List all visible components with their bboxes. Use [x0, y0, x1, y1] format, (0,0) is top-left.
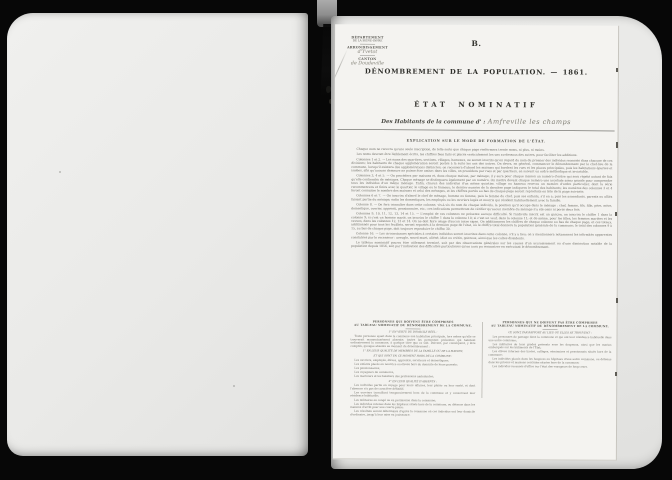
- instructions-heading: EXPLICATION SUR LE MODE DE FORMATION DE …: [335, 138, 618, 143]
- commune-line: Des Habitants de la commune d' : Amfrevi…: [335, 115, 618, 126]
- page-edge-mark: [616, 298, 618, 303]
- bottom-columns: PERSONNES QUI DOIVENT ÊTRE COMPRISES AU …: [350, 320, 612, 418]
- right-column-heading: AU TABLEAU NOMINATIF DU DÉNOMBREMENT DE …: [489, 325, 612, 329]
- left-blank-page: [7, 13, 308, 456]
- sheet-content: DÉPARTEMENT DE LA SEINE-INFRE ARRONDISSE…: [333, 24, 618, 459]
- left-column-item: Les individus retenus dans les hôpitaux …: [350, 403, 475, 410]
- excluded-persons-column: PERSONNES QUI NE DOIVENT PAS ÊTRE COMPRI…: [488, 321, 612, 419]
- instruction-paragraph: Colonnes 3, 4 et 5. — On procédera par m…: [351, 174, 612, 194]
- right-column-item: Les individus recensés d'office sur l'ét…: [488, 365, 611, 369]
- column-rule: [406, 329, 421, 330]
- right-column-item: Les individus placés dans les hospices o…: [488, 358, 611, 365]
- left-column-item: Les résultats seront déterminés d'après …: [350, 410, 475, 417]
- left-column-heading: AU TABLEAU NOMINATIF DU DÉNOMBREMENT DE …: [351, 324, 476, 328]
- right-column-item: Les militaires de tous grades présents s…: [488, 343, 611, 350]
- instruction-paragraph: Colonnes 6 et 7. — On inscrira d'abord l…: [351, 194, 612, 203]
- instruction-paragraph: Colonne 8. — On fera connaître dans cett…: [351, 203, 612, 212]
- left-column-item: Les individus partis en voyage pour leur…: [350, 384, 475, 391]
- left-column-item: Les mariniers et les bateliers des profe…: [350, 375, 475, 379]
- page-edge-mark: [616, 68, 618, 72]
- left-column-subheading: 1° EN VERTU DU DOMICILE RÉEL :: [351, 331, 476, 335]
- page-edge-mark: [616, 142, 618, 148]
- document-title: DÉNOMBREMENT DE LA POPULATION. — 1861.: [335, 67, 618, 76]
- left-column-intro: Toute personne ayant dans la commune son…: [350, 335, 475, 349]
- right-column-item: Les élèves internes des lycées, collèges…: [488, 350, 611, 357]
- separator-rule: [338, 129, 615, 131]
- page-edge-mark: [615, 372, 617, 376]
- commune-prefix: Des Habitants de la commune d' :: [381, 118, 485, 125]
- form-letter-label: B.: [335, 38, 618, 48]
- page-edge-mark: [615, 212, 617, 216]
- left-column-subheading: 1° EN LEUR QUALITÉ DE MEMBRES DE LA FAMI…: [350, 350, 475, 354]
- instruction-paragraph: Colonne 16. — Les circonstances spéciale…: [351, 232, 612, 241]
- right-column-subheading: CE SONT, PAR RAPPORT AU LIEU OÙ ELLES SE…: [489, 331, 612, 335]
- column-divider: [482, 322, 483, 398]
- document-subtitle: ÉTAT NOMINATIF: [335, 100, 618, 109]
- printed-sheet: DÉPARTEMENT DE LA SEINE-INFRE ARRONDISSE…: [333, 24, 619, 460]
- instruction-paragraph: Le tableau nominatif pourra être utileme…: [351, 241, 612, 250]
- instruction-paragraph: Chaque nom ne recevra qu'une seule inscr…: [351, 147, 612, 152]
- paper-speck: [233, 385, 235, 387]
- instructions-body: Chaque nom ne recevra qu'une seule inscr…: [351, 147, 613, 251]
- stamp-rule: [360, 55, 375, 56]
- instruction-paragraph: Colonnes 1 et 2. — Les noms des quartier…: [351, 158, 612, 174]
- paper-speck: [59, 171, 61, 173]
- instruction-paragraph: Les noms devront être lisiblement écrits…: [351, 153, 612, 158]
- arrondissement-handwritten: d'Yvetot: [340, 49, 395, 54]
- commune-handwritten: Amfreville les champs: [488, 118, 571, 126]
- right-column-item: Les personnes de passage dans la commune…: [488, 336, 611, 343]
- register-scan: DÉPARTEMENT DE LA SEINE-INFRE ARRONDISSE…: [0, 0, 672, 480]
- canton-handwritten: de Doudeville: [340, 61, 395, 66]
- included-persons-column: PERSONNES QUI DOIVENT ÊTRE COMPRISES AU …: [350, 320, 476, 418]
- left-column-item: Les ouvriers travaillant temporairement …: [350, 391, 475, 398]
- left-column-subheading: ET QUI SONT EN CE MOMENT HORS DE LA COMM…: [350, 354, 475, 358]
- instruction-paragraph: Colonnes 9, 10, 11, 12, 13, 14 et 15. — …: [351, 212, 612, 232]
- column-rule: [543, 330, 558, 331]
